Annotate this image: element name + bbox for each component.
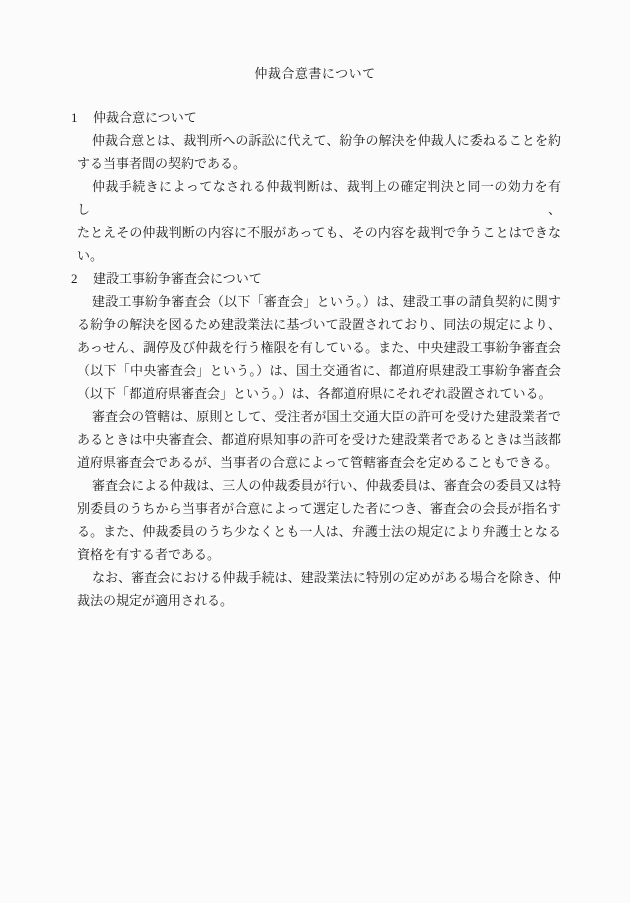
text-line: 仲裁合意とは、裁判所への訴訟に代えて、紛争の解決を仲裁人に委ねることを約 [77, 129, 561, 152]
text-line: 道府県審査会であるが、当事者の合意によって管轄審査会を定めることもできる。 [77, 451, 561, 474]
text-line: あるときは中央審査会、都道府県知事の許可を受けた建設業者であるときは当該都 [77, 428, 561, 451]
section-heading-label: 建設工事紛争審査会について [93, 271, 262, 286]
text-line: 別委員のうちから当事者が合意によって選定した者につき、審査会の会長が指名す [77, 497, 561, 520]
text-line: 裁法の規定が適用される。 [77, 589, 561, 612]
text-line: 資格を有する者である。 [77, 543, 561, 566]
text-line: する当事者間の契約である。 [77, 152, 561, 175]
section-heading-label: 仲裁合意について [93, 110, 197, 125]
text-line: る。また、仲裁委員のうち少なくとも一人は、弁護士法の規定により弁護士となる [77, 520, 561, 543]
document-title: 仲裁合意書について [0, 62, 630, 85]
document-body: 仲裁合意書について 1仲裁合意について 仲裁合意とは、裁判所への訴訟に代えて、紛… [0, 62, 630, 612]
text-line: 仲裁手続きによってなされる仲裁判断は、裁判上の確定判決と同一の効力を有し、 [77, 175, 561, 221]
text-line: （以下「都道府県審査会」という。）は、各都道府県にそれぞれ設置されている。 [77, 382, 561, 405]
text-line: い。 [77, 244, 561, 267]
text-line: 審査会による仲裁は、三人の仲裁委員が行い、仲裁委員は、審査会の委員又は特 [77, 474, 561, 497]
text-column: 1仲裁合意について 仲裁合意とは、裁判所への訴訟に代えて、紛争の解決を仲裁人に委… [77, 106, 561, 612]
text-line: なお、審査会における仲裁手続は、建設業法に特別の定めがある場合を除き、仲 [77, 566, 561, 589]
section-2-heading: 2建設工事紛争審査会について [71, 267, 561, 290]
text-line: る紛争の解決を図るため建設業法に基づいて設置されており、同法の規定により、 [77, 313, 561, 336]
text-line: 審査会の管轄は、原則として、受注者が国土交通大臣の許可を受けた建設業者で [77, 405, 561, 428]
text-line: たとえその仲裁判断の内容に不服があっても、その内容を裁判で争うことはできな [77, 221, 561, 244]
document-page: 仲裁合意書について 1仲裁合意について 仲裁合意とは、裁判所への訴訟に代えて、紛… [0, 0, 630, 903]
section-number: 1 [71, 106, 93, 129]
text-line: 建設工事紛争審査会（以下「審査会」という。）は、建設工事の請負契約に関す [77, 290, 561, 313]
section-1-heading: 1仲裁合意について [71, 106, 561, 129]
text-line: （以下「中央審査会」という。）は、国土交通省に、都道府県建設工事紛争審査会 [77, 359, 561, 382]
section-number: 2 [71, 267, 93, 290]
text-line: あっせん、調停及び仲裁を行う権限を有している。また、中央建設工事紛争審査会 [77, 336, 561, 359]
